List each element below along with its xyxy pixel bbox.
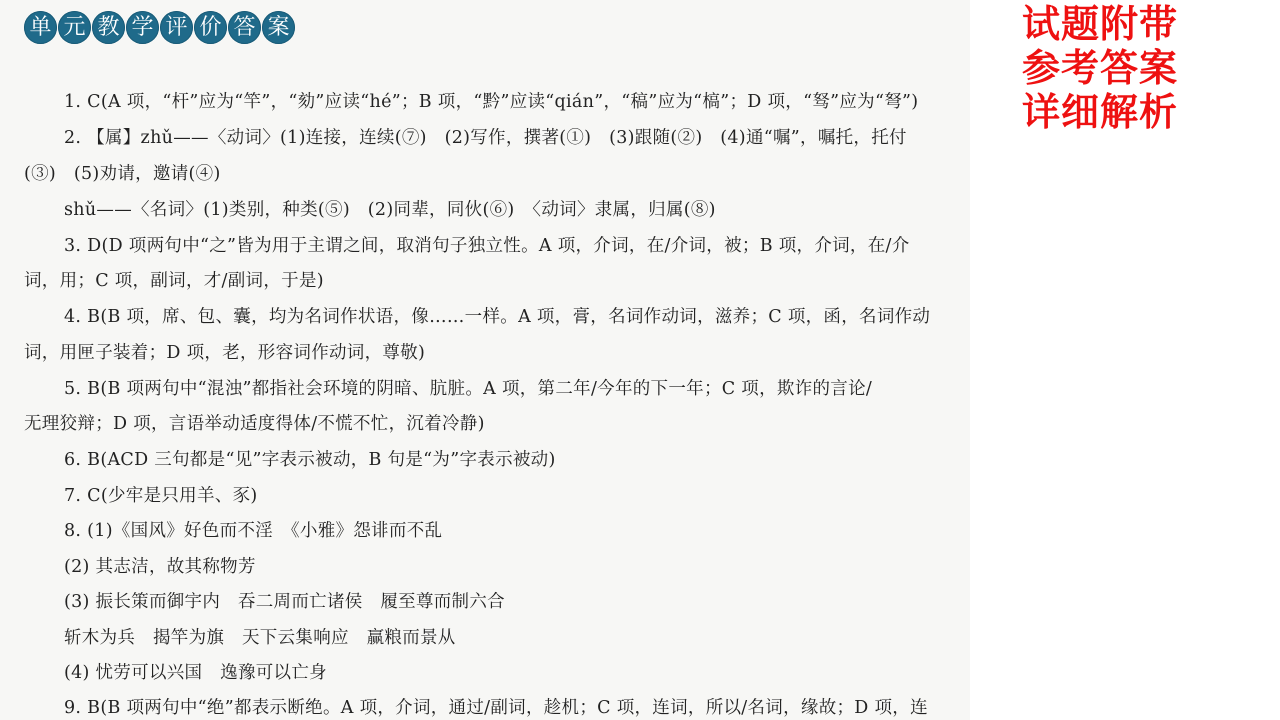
scanned-answer-page: 单 元 教 学 评 价 答 案 1. C(A 项，“杆”应为“竿”，“劾”应读“… <box>0 0 970 720</box>
answer-8-3: (3) 振长策而御宇内 吞二周而亡诸侯 履至尊而制六合 <box>64 588 505 613</box>
answer-2-shu: shǔ——〈名词〉(1)类别，种类(⑤) (2)同辈，同伙(⑥) 〈动词〉隶属，… <box>64 196 716 221</box>
title-char: 答 <box>228 11 261 44</box>
answer-3: 3. D(D 项两句中“之”皆为用于主谓之间，取消句子独立性。A 项，介词，在/… <box>64 232 910 257</box>
answer-8-1: 8. (1)《国风》好色而不淫 《小雅》怨诽而不乱 <box>64 517 442 542</box>
title-char: 价 <box>194 11 227 44</box>
answer-9: 9. B(B 项两句中“绝”都表示断绝。A 项，介词，通过/副词，趁机；C 项，… <box>64 694 928 719</box>
answer-8-3-cont: 斩木为兵 揭竿为旗 天下云集响应 赢粮而景从 <box>64 624 456 649</box>
answer-8-2: (2) 其志洁，故其称物芳 <box>64 553 256 578</box>
answer-1: 1. C(A 项，“杆”应为“竿”，“劾”应读“hé”；B 项，“黔”应读“qi… <box>64 88 918 113</box>
answer-2: 2. 【属】zhǔ——〈动词〉(1)连接，连续(⑦) (2)写作，撰著(①) (… <box>64 124 907 149</box>
promo-line: 参考答案 <box>1022 46 1202 90</box>
answer-5: 5. B(B 项两句中“混浊”都指社会环境的阴暗、肮脏。A 项，第二年/今年的下… <box>64 375 872 400</box>
title-char: 案 <box>262 11 295 44</box>
promo-line: 详细解析 <box>1022 90 1202 134</box>
title-char: 单 <box>24 11 57 44</box>
answer-4: 4. B(B 项，席、包、囊，均为名词作状语，像……一样。A 项，膏，名词作动词… <box>64 303 930 328</box>
promo-line: 试题附带 <box>1022 2 1202 46</box>
title-char: 教 <box>92 11 125 44</box>
promo-banner: 试题附带 参考答案 详细解析 <box>1022 2 1202 134</box>
title-char: 元 <box>58 11 91 44</box>
answer-6: 6. B(ACD 三句都是“见”字表示被动，B 句是“为”字表示被动) <box>64 446 556 471</box>
answer-7: 7. C(少牢是只用羊、豕) <box>64 482 258 507</box>
answer-2-cont: (③) (5)劝请，邀请(④) <box>24 160 221 185</box>
title-char: 评 <box>160 11 193 44</box>
answer-8-4: (4) 忧劳可以兴国 逸豫可以亡身 <box>64 659 327 684</box>
title-char: 学 <box>126 11 159 44</box>
section-title-badge: 单 元 教 学 评 价 答 案 <box>24 11 295 47</box>
answer-3-cont: 词，用；C 项，副词，才/副词，于是) <box>24 267 324 292</box>
answer-5-cont: 无理狡辩；D 项，言语举动适度得体/不慌不忙，沉着冷静) <box>24 410 485 435</box>
answer-4-cont: 词，用匣子装着；D 项，老，形容词作动词，尊敬) <box>24 339 425 364</box>
